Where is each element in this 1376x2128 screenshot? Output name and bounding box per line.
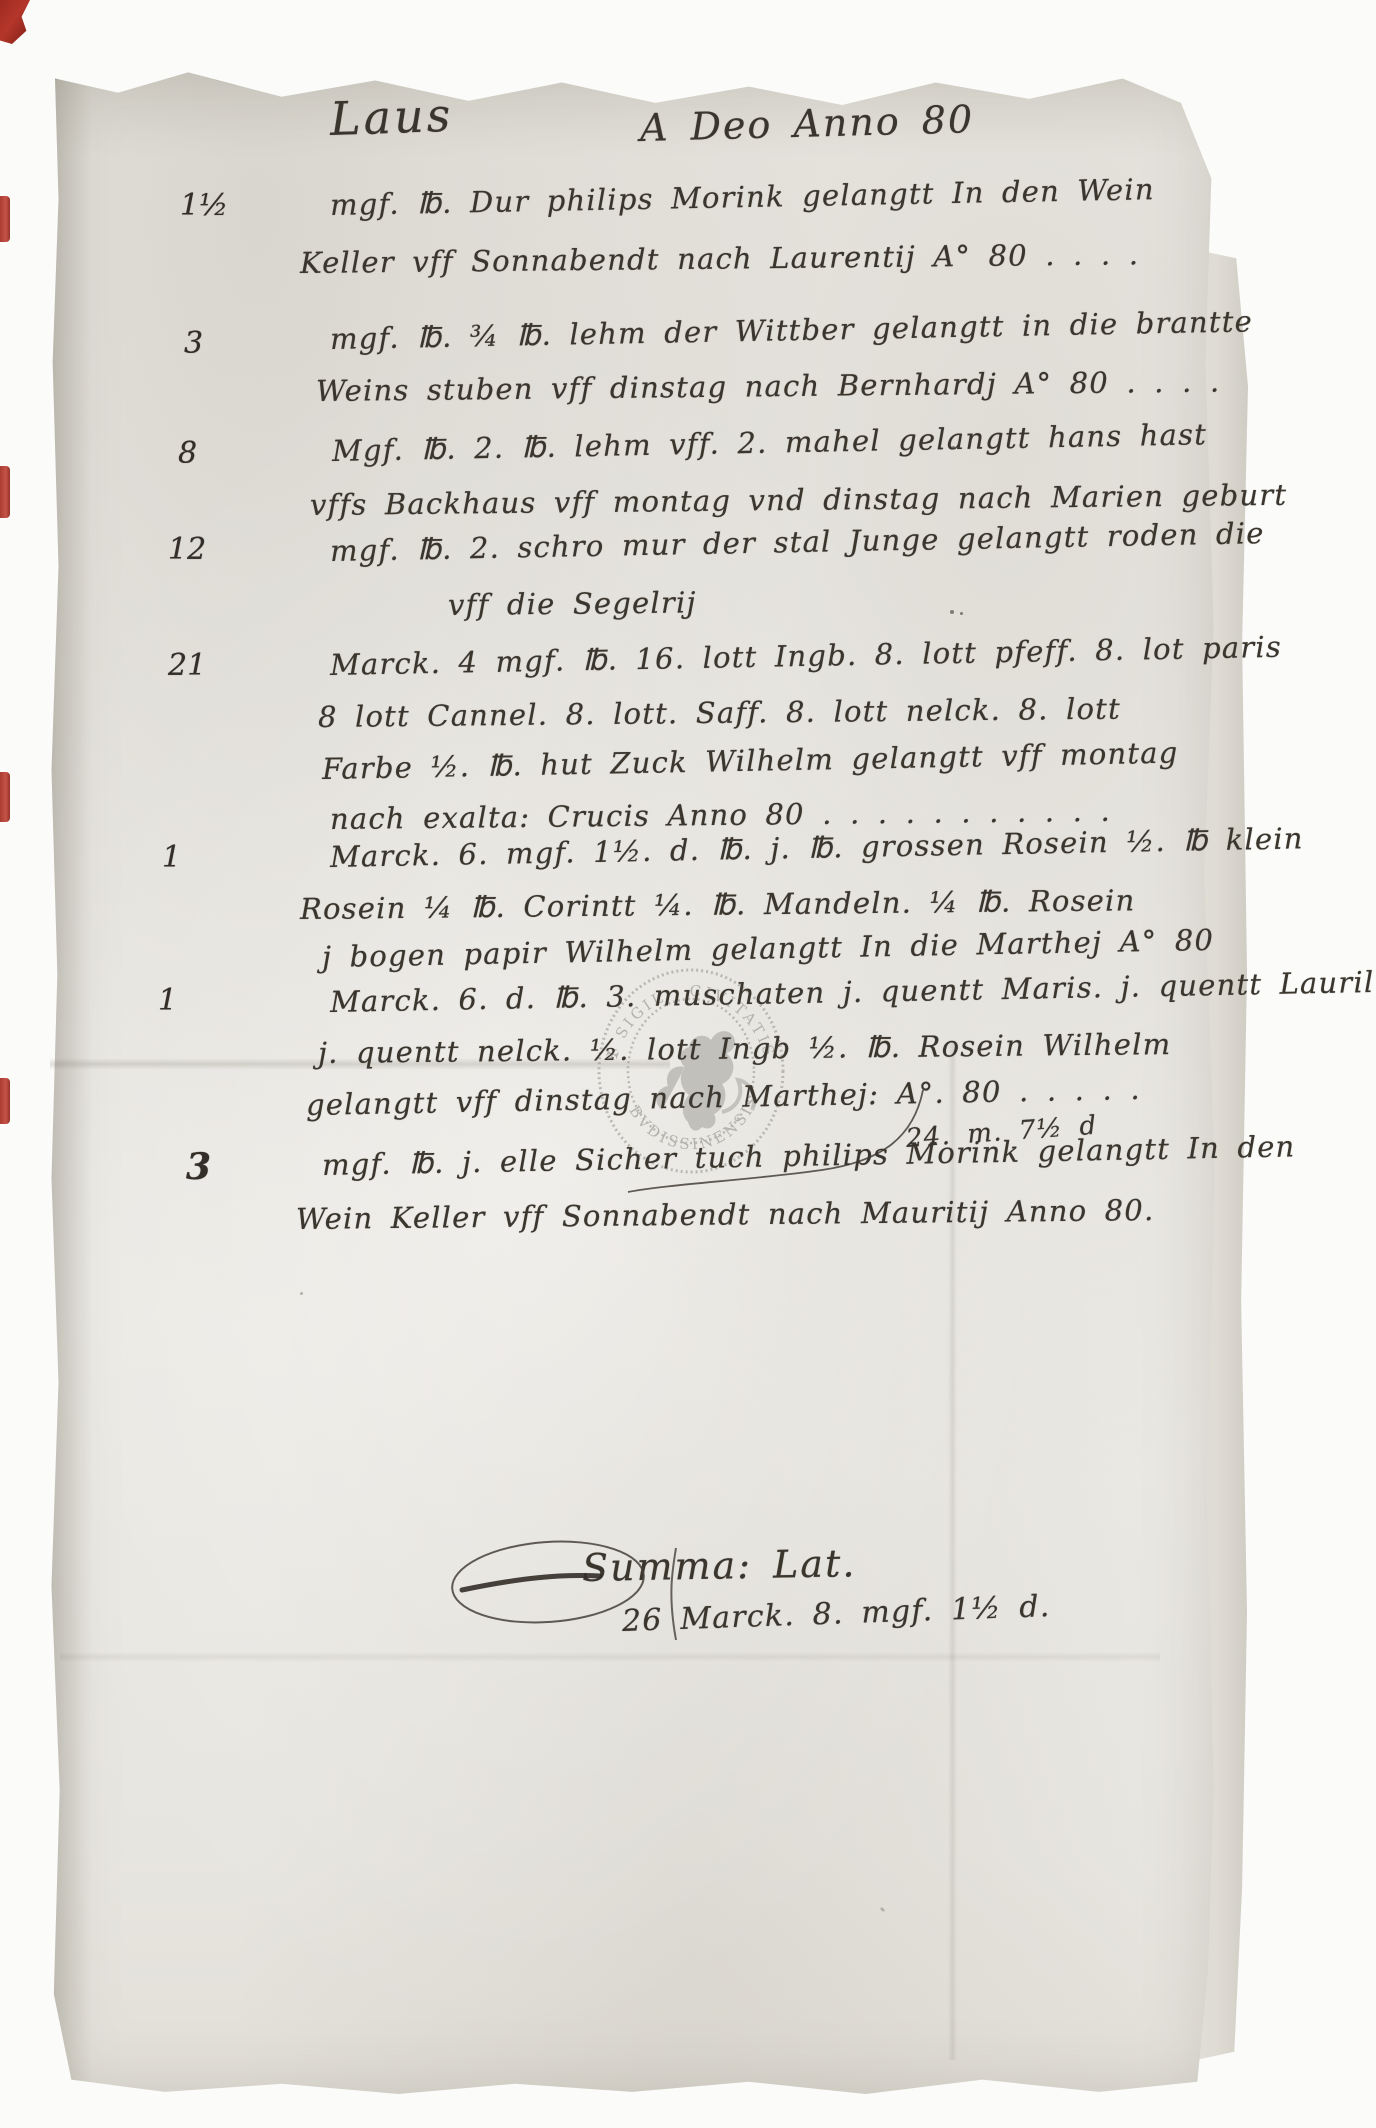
- entry-margin-amount: 12: [168, 532, 206, 567]
- ink-speck: [952, 446, 955, 449]
- red-edge-mark: [0, 196, 10, 242]
- entry-margin-amount: 3: [186, 1146, 211, 1188]
- ink-speck: [300, 1292, 303, 1295]
- red-edge-corner-mark: [0, 0, 30, 44]
- page-title-anno: A Deo Anno 80: [639, 97, 974, 150]
- red-edge-mark: [0, 1078, 10, 1124]
- entry-margin-amount: 8: [178, 436, 197, 471]
- entry-margin-amount: 1½: [180, 188, 228, 223]
- entry-margin-amount: 1: [162, 840, 181, 875]
- summa-signature: Summa: Lat.: [582, 1541, 857, 1590]
- entry-margin-amount: 21: [168, 648, 206, 683]
- ink-speck: [960, 612, 963, 615]
- red-edge-mark: [0, 772, 10, 822]
- ink-speck: [950, 610, 954, 614]
- page-title-laus: Laus: [329, 88, 454, 146]
- entry-margin-amount: 1: [158, 983, 177, 1018]
- scanned-manuscript-page: ✠ SIGIL · CIVITATIS BVDISSINENSIS Laus A…: [0, 0, 1376, 2128]
- entry-line: vff die Segelrij: [448, 585, 697, 622]
- red-edge-mark: [0, 466, 10, 518]
- entry-margin-amount: 3: [184, 326, 203, 361]
